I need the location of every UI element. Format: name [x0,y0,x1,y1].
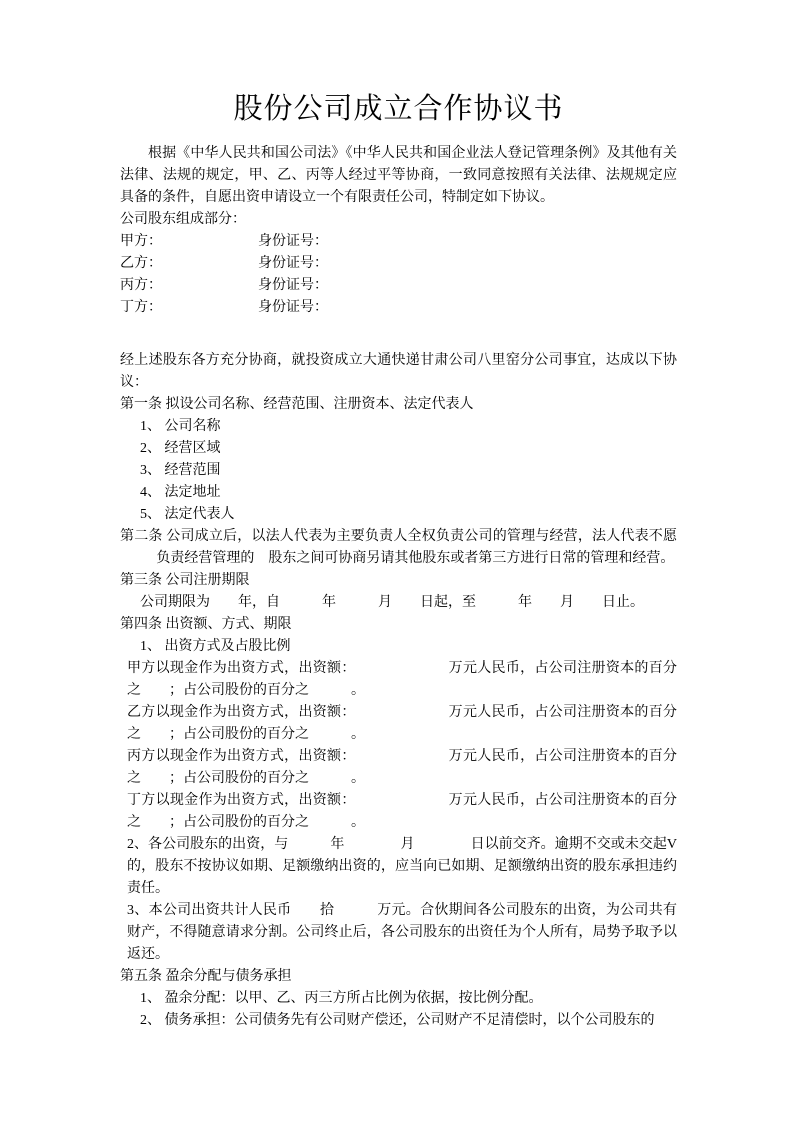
list-item-paragraph: 5、 法定代表人 [140,504,677,526]
party-id-label: 身份证号： [258,275,328,297]
document-page: 股份公司成立合作协议书 根据《中华人民共和国公司法》《中华人民共和国企业法人登记… [0,0,794,1123]
party-id-label: 身份证号： [258,231,328,253]
section-heading-paragraph: 第一条 拟设公司名称、经营范围、注册资本、法定代表人 [120,394,677,416]
list-item-paragraph: 公司期限为 年，自 年 月 日起，至 年 月 日止。 [140,592,677,614]
section-heading-paragraph: 第四条 出资额、方式、期限 [120,614,677,636]
list-item-paragraph: 丁方以现金作为出资方式，出资额： 万元人民币，占公司注册资本的百分之 ；占公司股… [127,790,677,834]
document-content: 股份公司成立合作协议书 根据《中华人民共和国公司法》《中华人民共和国企业法人登记… [120,91,677,1032]
preamble-paragraph: 经上述股东各方充分协商，就投资成立大通快递甘肃公司八里窑分公司事宜，达成以下协议… [120,350,677,394]
party-row: 甲方： 身份证号： [120,231,677,253]
list-item-paragraph: 1、 公司名称 [140,416,677,438]
intro-paragraph: 根据《中华人民共和国公司法》《中华人民共和国企业法人登记管理条例》及其他有关法律… [120,143,677,209]
blank-lines-gap [120,319,677,350]
party-name-label: 甲方： [120,231,258,253]
list-item-paragraph: 丙方以现金作为出资方式，出资额： 万元人民币，占公司注册资本的百分之 ；占公司股… [127,746,677,790]
party-id-label: 身份证号： [258,297,328,319]
section-heading-paragraph: 第三条 公司注册期限 [120,570,677,592]
list-item-paragraph: 2、各公司股东的出资，与 年 月 日以前交齐。逾期不交或未交起V 的，股东不按协… [127,834,677,900]
shareholder-heading: 公司股东组成部分： [120,209,677,231]
party-name-label: 丁方： [120,297,258,319]
list-item-paragraph: 2、 债务承担：公司债务先有公司财产偿还，公司财产不足清偿时，以个公司股东的 [140,1010,677,1032]
party-row: 丙方： 身份证号： [120,275,677,297]
list-item-paragraph: 乙方以现金作为出资方式，出资额： 万元人民币，占公司注册资本的百分之 ；占公司股… [127,702,677,746]
list-item-paragraph: 4、 法定地址 [140,482,677,504]
party-name-label: 乙方： [120,253,258,275]
party-row: 乙方： 身份证号： [120,253,677,275]
list-item-paragraph: 甲方以现金作为出资方式，出资额： 万元人民币，占公司注册资本的百分之 ；占公司股… [127,658,677,702]
agreement-sections: 第一条 拟设公司名称、经营范围、注册资本、法定代表人1、 公司名称2、 经营区域… [120,394,677,1032]
list-item-paragraph: 3、本公司出资共计人民币 拾 万元。合伙期间各公司股东的出资，为公司共有财产，不… [127,900,677,966]
section-heading-paragraph: 第二条 公司成立后，以法人代表为主要负责人全权负责公司的管理与经营，法人代表不愿… [120,526,677,570]
list-item-paragraph: 1、 盈余分配：以甲、乙、丙三方所占比例为依据，按比例分配。 [140,988,677,1010]
document-title: 股份公司成立合作协议书 [120,91,677,127]
list-item-paragraph: 1、 出资方式及占股比例 [140,636,677,658]
list-item-paragraph: 3、 经营范围 [140,460,677,482]
party-name-label: 丙方： [120,275,258,297]
party-id-label: 身份证号： [258,253,328,275]
party-row: 丁方： 身份证号： [120,297,677,319]
section-heading-paragraph: 第五条 盈余分配与债务承担 [120,966,677,988]
list-item-paragraph: 2、 经营区域 [140,438,677,460]
